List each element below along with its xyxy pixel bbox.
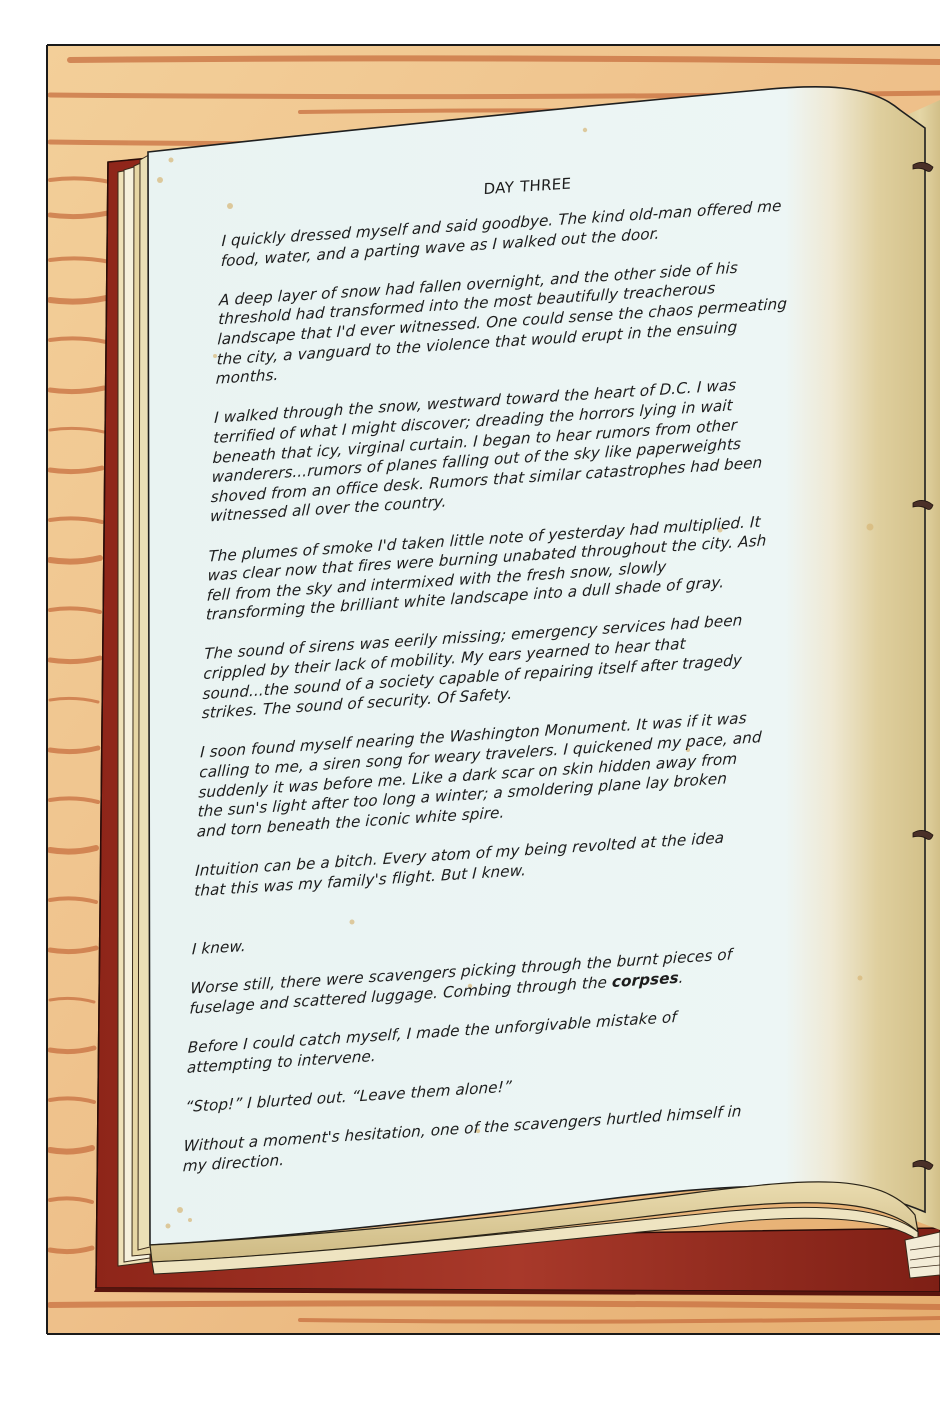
journal-entry-text: I quickly dressed myself and said goodby… — [182, 194, 831, 1197]
journal-paragraph: I soon found myself nearing the Washingt… — [196, 705, 809, 842]
emphasized-word: corpses — [612, 969, 680, 991]
journal-paragraph: The plumes of smoke I'd taken little not… — [205, 509, 817, 626]
journal-paragraph: I walked through the snow, westward towa… — [210, 371, 824, 527]
journal-paragraph: The sound of sirens was eerily missing; … — [201, 607, 813, 724]
journal-paragraph: A deep layer of snow had fallen overnigh… — [215, 253, 828, 390]
